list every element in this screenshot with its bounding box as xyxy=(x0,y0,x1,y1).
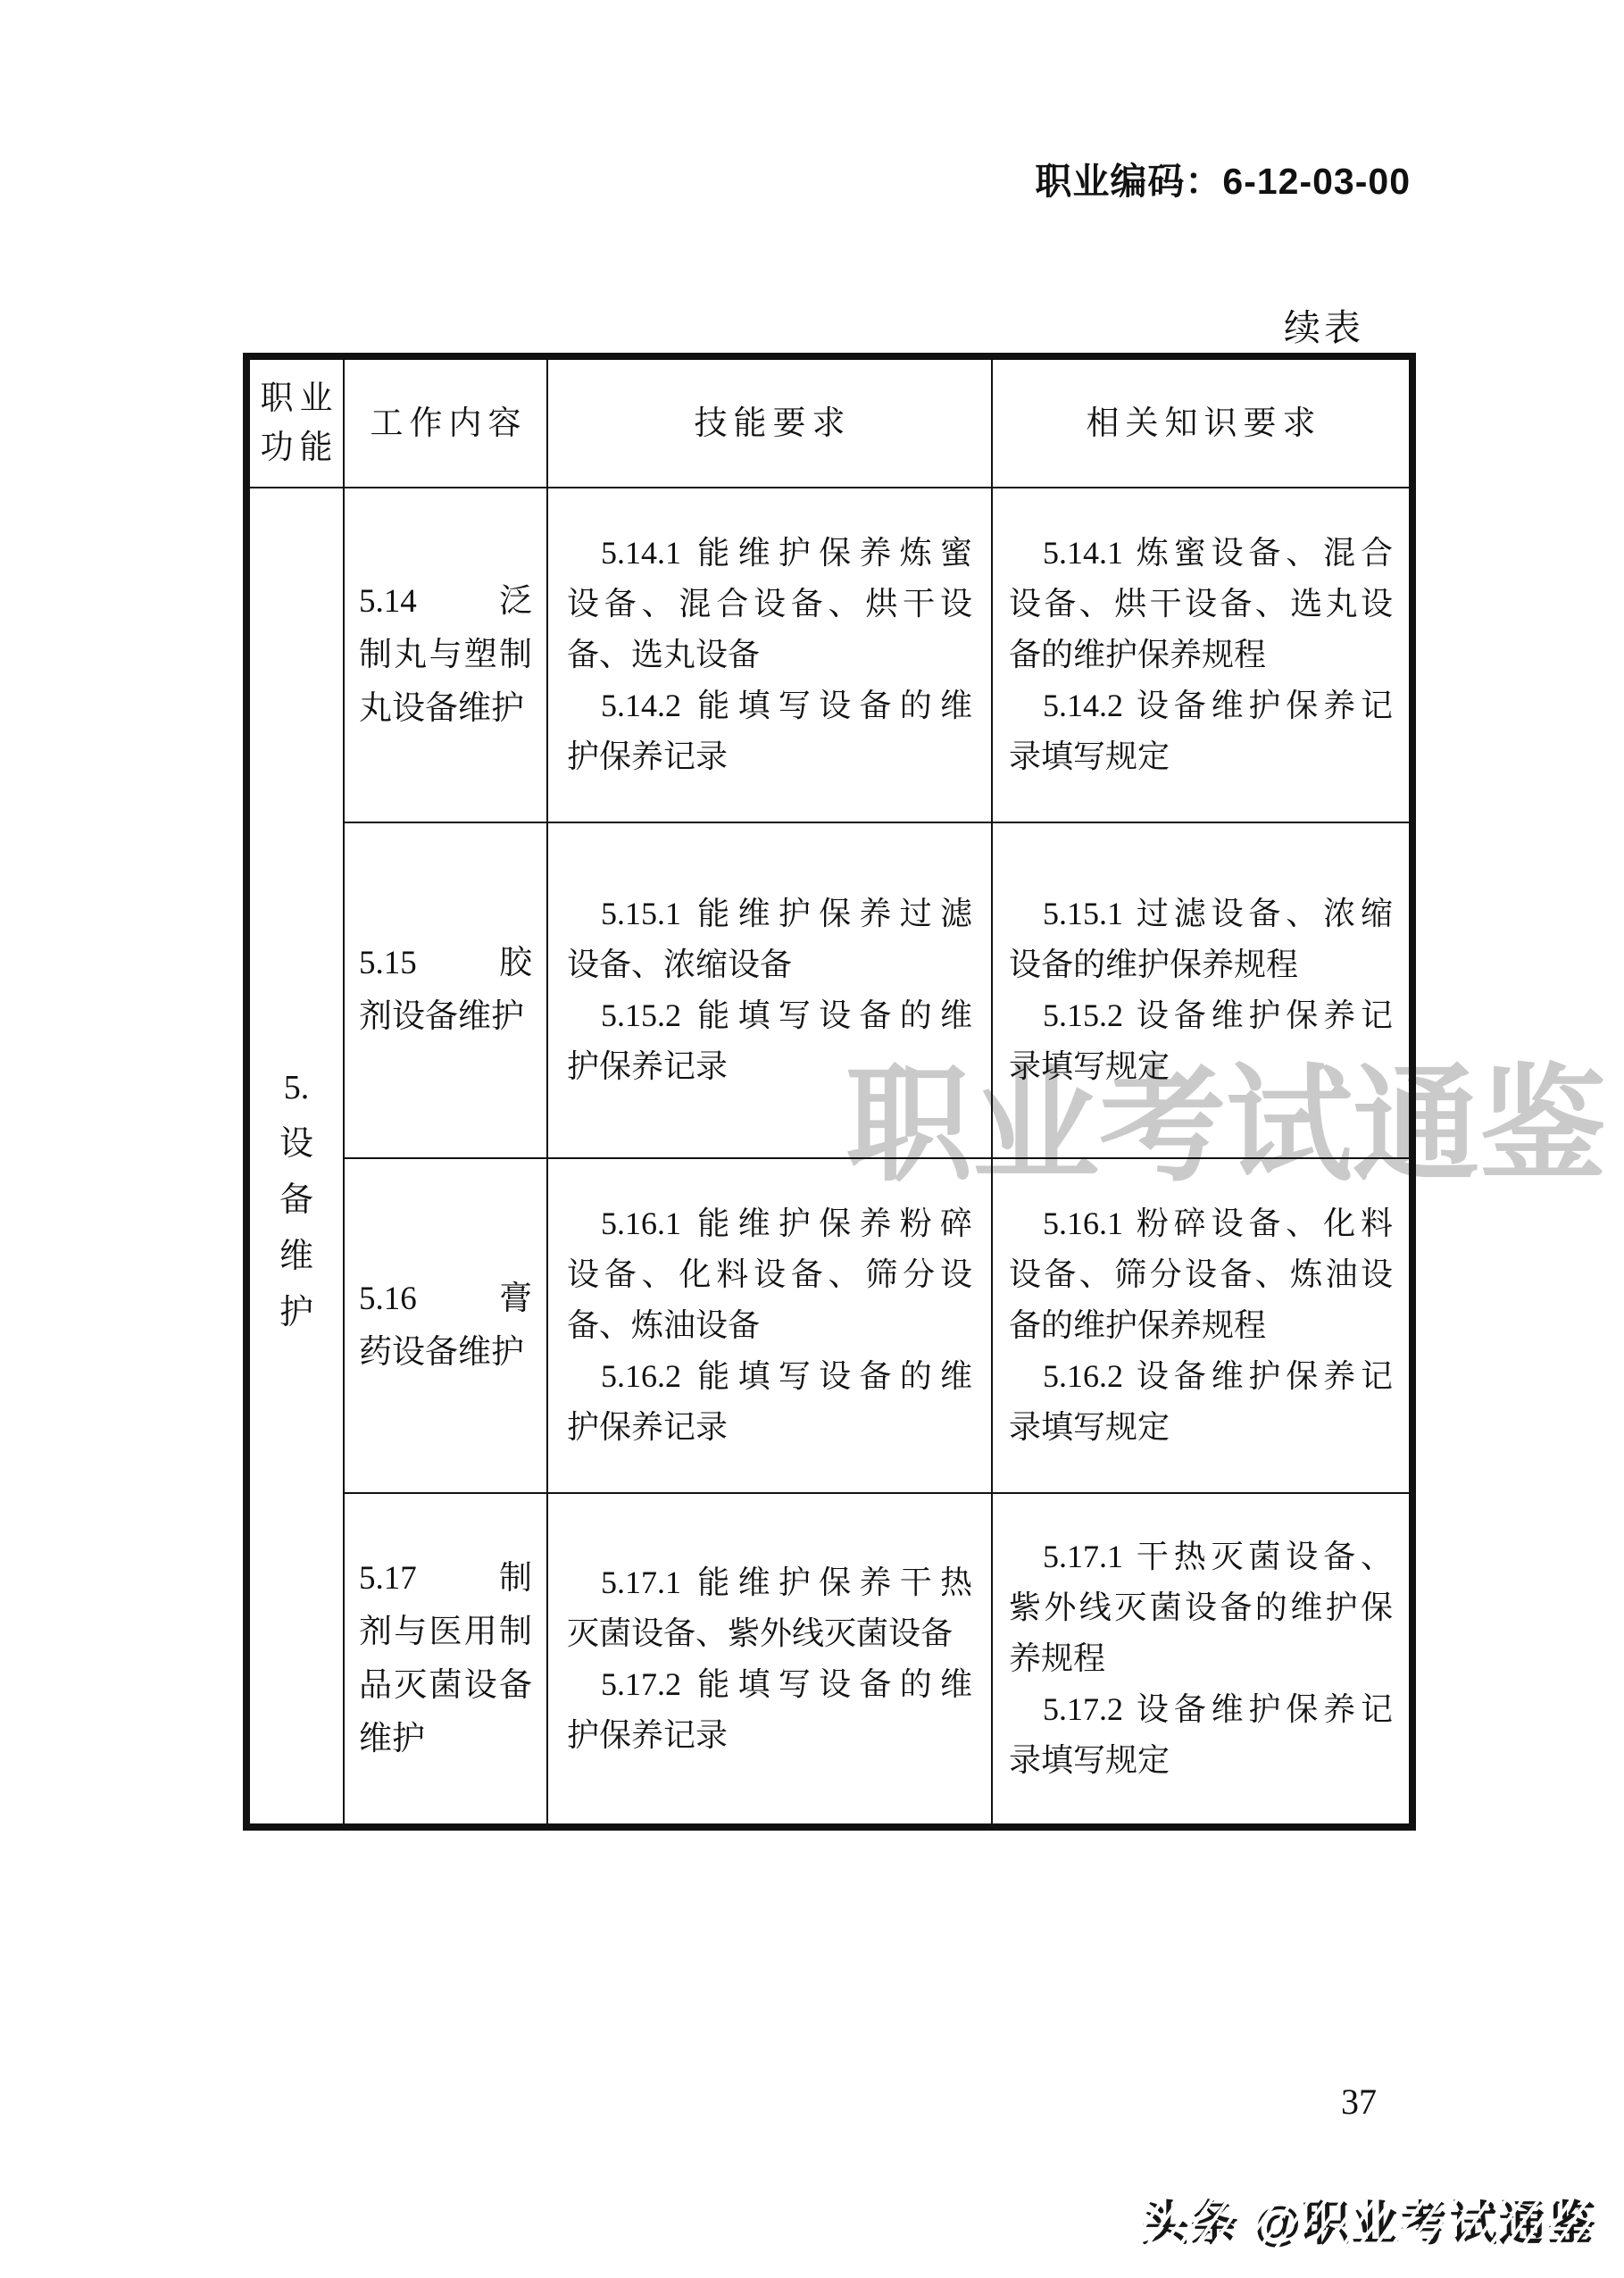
text-line: 维 xyxy=(250,1229,343,1285)
text-line: 设备、浓缩设备 xyxy=(567,939,972,990)
text-line: 备 xyxy=(250,1172,343,1229)
work-cell: 5.15 胶剂设备维护 xyxy=(345,823,548,1159)
text-line: 5.16.1 粉碎设备、化料 xyxy=(1009,1198,1393,1249)
text-line: 5.17 制 xyxy=(359,1552,532,1606)
text-line: 备的维护保养规程 xyxy=(1009,1300,1393,1351)
header-skill-requirements: 技能要求 xyxy=(548,360,993,488)
occupation-code: 职业编码：6-12-03-00 xyxy=(1035,152,1411,204)
text-line: 维护 xyxy=(359,1713,532,1766)
text-line: 养规程 xyxy=(1009,1633,1393,1684)
work-cell: 5.17 制剂与医用制品灭菌设备维护 xyxy=(345,1494,548,1823)
text-line: 5.17.1 能维护保养干热 xyxy=(567,1557,972,1608)
text-line: 5.15.2 设备维护保养记 xyxy=(1009,990,1393,1041)
skill-cell: 5.15.1 能维护保养过滤设备、浓缩设备5.15.2 能填写设备的维护保养记录 xyxy=(548,823,993,1159)
text-line: 5.15.1 过滤设备、浓缩 xyxy=(1009,889,1393,939)
skill-cell: 5.17.1 能维护保养干热灭菌设备、紫外线灭菌设备5.17.2 能填写设备的维… xyxy=(548,1494,993,1823)
text-line: 设备的维护保养规程 xyxy=(1009,939,1393,990)
text-line: 剂与医用制 xyxy=(359,1606,532,1659)
text-line: 5.16.1 能维护保养粉碎 xyxy=(567,1198,972,1249)
text-line: 护 xyxy=(250,1285,343,1341)
text-line: 制丸与塑制 xyxy=(359,629,532,682)
footer-credit-watermark: 头条 @职业考试通鉴 xyxy=(1142,2186,1597,2254)
text-line: 5.16.2 设备维护保养记 xyxy=(1009,1351,1393,1402)
text-line: 5.15 胶 xyxy=(359,937,532,990)
text-line: 护保养记录 xyxy=(567,1710,972,1761)
text-line: 5.14.1 炼蜜设备、混合 xyxy=(1009,528,1393,579)
text-line: 5.15.2 能填写设备的维 xyxy=(567,990,972,1041)
skill-cell: 5.14.1 能维护保养炼蜜设备、混合设备、烘干设备、选丸设备5.14.2 能填… xyxy=(548,488,993,823)
text-line: 5.17.2 设备维护保养记 xyxy=(1009,1684,1393,1735)
text-line: 录填写规定 xyxy=(1009,731,1393,782)
text-line: 灭菌设备、紫外线灭菌设备 xyxy=(567,1608,972,1659)
knowledge-cell: 5.14.1 炼蜜设备、混合设备、烘干设备、选丸设备的维护保养规程5.14.2 … xyxy=(993,488,1409,823)
header-line: 工作内容 xyxy=(364,399,528,448)
header-line: 职业 xyxy=(254,374,339,423)
function-cell-equipment-maintenance: 5.设备维护 xyxy=(250,488,345,1823)
text-line: 5.15.1 能维护保养过滤 xyxy=(567,889,972,939)
text-line: 护保养记录 xyxy=(567,1041,972,1092)
knowledge-cell: 5.16.1 粉碎设备、化料设备、筛分设备、炼油设备的维护保养规程5.16.2 … xyxy=(993,1159,1409,1494)
text-line: 剂设备维护 xyxy=(359,990,532,1044)
text-line: 护保养记录 xyxy=(567,1402,972,1453)
text-line: 5.14.2 能填写设备的维 xyxy=(567,680,972,731)
page: { "page": { "occupation_code": "职业编码：6-1… xyxy=(0,0,1624,2278)
text-line: 5.14 泛 xyxy=(359,575,532,629)
header-line: 技能要求 xyxy=(688,399,852,448)
knowledge-cell: 5.15.1 过滤设备、浓缩设备的维护保养规程5.15.2 设备维护保养记录填写… xyxy=(993,823,1409,1159)
text-line: 录填写规定 xyxy=(1009,1041,1393,1092)
text-line: 紫外线灭菌设备的维护保 xyxy=(1009,1582,1393,1633)
text-line: 5.17.2 能填写设备的维 xyxy=(567,1659,972,1710)
occupational-standard-table: 职业 功能 工作内容 技能要求 相关知识要求 5.设备维护 5.14 泛制丸与塑… xyxy=(243,353,1416,1831)
text-line: 设备、化料设备、筛分设 xyxy=(567,1249,972,1300)
text-line: 5.16.2 能填写设备的维 xyxy=(567,1351,972,1402)
header-line: 相关知识要求 xyxy=(1080,399,1322,448)
text-line: 设备、混合设备、烘干设 xyxy=(567,579,972,630)
header-occupational-function: 职业 功能 xyxy=(250,360,345,488)
text-line: 5.17.1 干热灭菌设备、 xyxy=(1009,1531,1393,1582)
text-line: 录填写规定 xyxy=(1009,1402,1393,1453)
text-line: 设备、筛分设备、炼油设 xyxy=(1009,1249,1393,1300)
header-work-content: 工作内容 xyxy=(345,360,548,488)
text-line: 备、选丸设备 xyxy=(567,630,972,680)
text-line: 5.14.2 设备维护保养记 xyxy=(1009,680,1393,731)
page-number: 37 xyxy=(1341,2081,1377,2123)
text-line: 品灭菌设备 xyxy=(359,1659,532,1713)
work-cell: 5.14 泛制丸与塑制丸设备维护 xyxy=(345,488,548,823)
text-line: 录填写规定 xyxy=(1009,1735,1393,1786)
knowledge-cell: 5.17.1 干热灭菌设备、紫外线灭菌设备的维护保养规程5.17.2 设备维护保… xyxy=(993,1494,1409,1823)
text-line: 备的维护保养规程 xyxy=(1009,630,1393,680)
continued-table-label: 续表 xyxy=(1284,298,1364,351)
text-line: 丸设备维护 xyxy=(359,682,532,736)
header-line: 功能 xyxy=(254,423,339,472)
text-line: 5. xyxy=(250,1060,343,1116)
work-cell: 5.16 膏药设备维护 xyxy=(345,1159,548,1494)
text-line: 5.16 膏 xyxy=(359,1273,532,1326)
text-line: 5.14.1 能维护保养炼蜜 xyxy=(567,528,972,579)
text-line: 药设备维护 xyxy=(359,1326,532,1380)
text-line: 护保养记录 xyxy=(567,731,972,782)
text-line: 备、炼油设备 xyxy=(567,1300,972,1351)
skill-cell: 5.16.1 能维护保养粉碎设备、化料设备、筛分设备、炼油设备5.16.2 能填… xyxy=(548,1159,993,1494)
header-knowledge-requirements: 相关知识要求 xyxy=(993,360,1409,488)
text-line: 设 xyxy=(250,1116,343,1172)
text-line: 设备、烘干设备、选丸设 xyxy=(1009,579,1393,630)
